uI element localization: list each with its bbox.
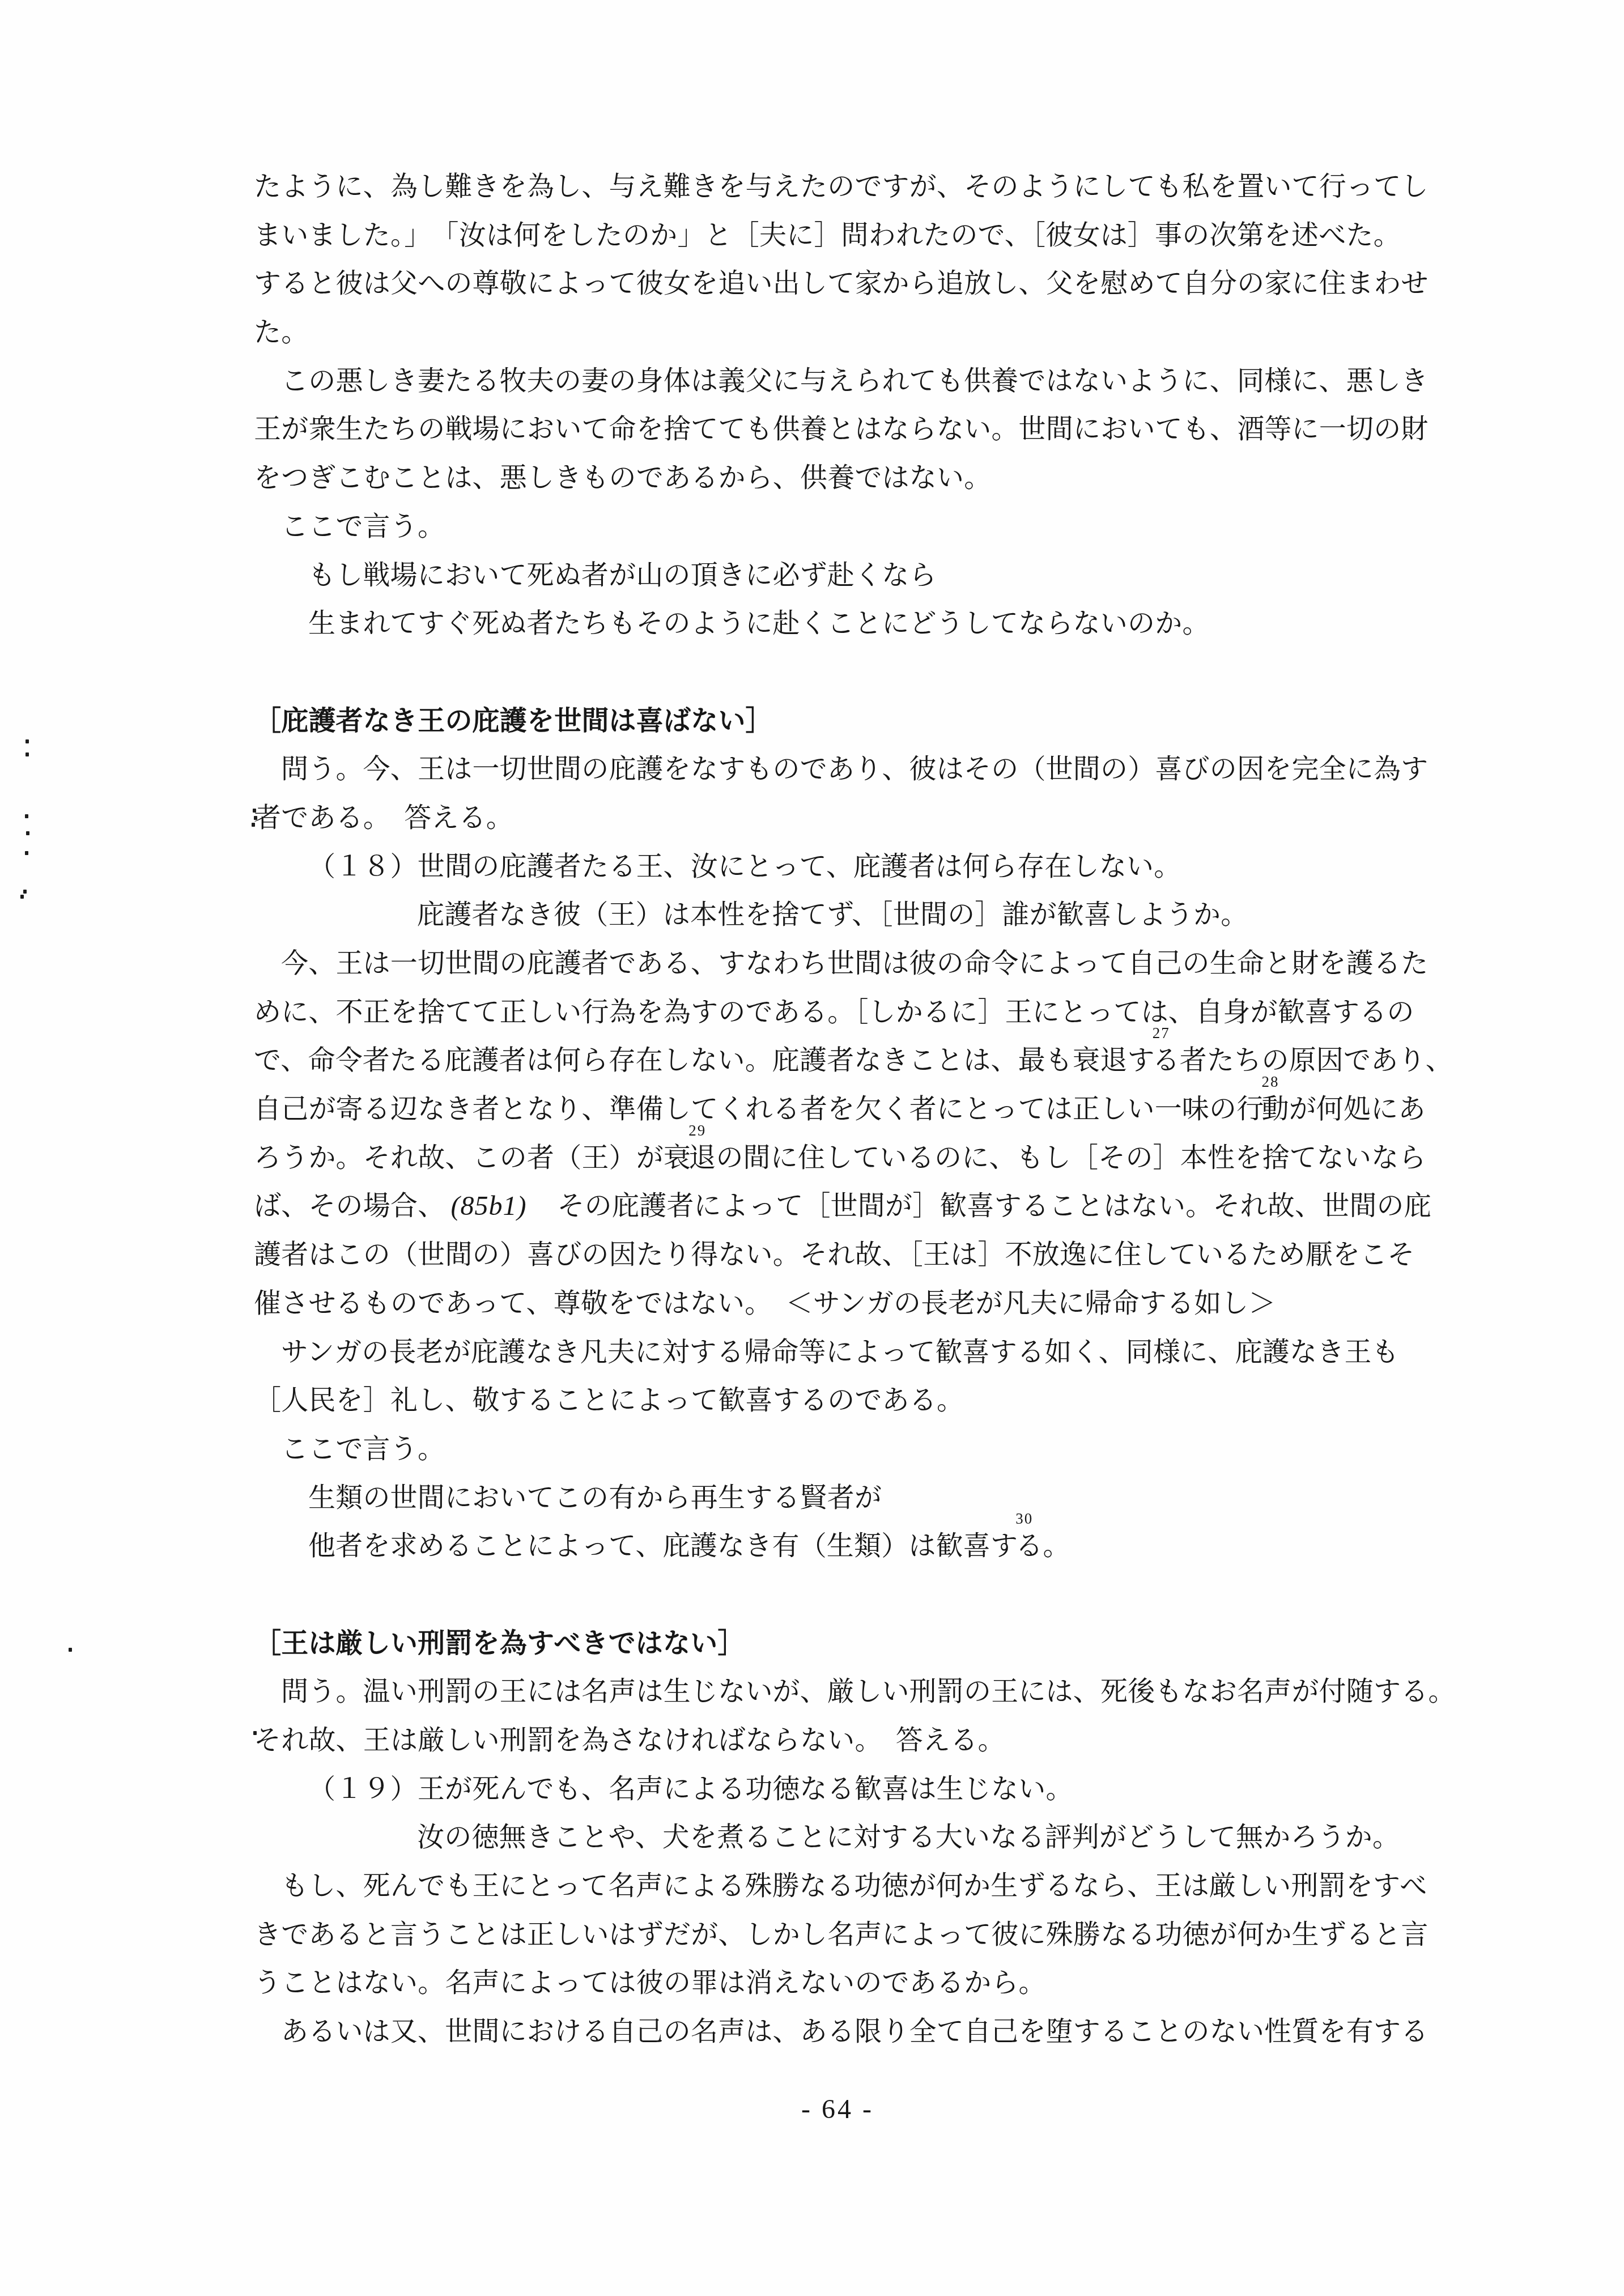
text-run: 他者を求めることによって、庇護なき有（生類）は歓喜す xyxy=(308,1531,1018,1561)
text-line: ここで言う。 xyxy=(254,1425,1455,1474)
text-line: 自己が寄る辺なき者となり、準備してくれる者を欠く者にとっては正しい一味の行28動… xyxy=(254,1085,1455,1134)
text-run: 生類の世間においてこの有から再生する賢者が xyxy=(308,1483,882,1513)
text-run: 庇護者なき彼（王）は本性を捨てず、［世間の］誰が歓喜しようか。 xyxy=(417,900,1248,930)
text-run: （１９）王が死んでも、名声による功徳なる歓喜は生じない。 xyxy=(308,1774,1073,1804)
text-line: ここで言う。 xyxy=(254,503,1455,551)
text-run: もし、死んでも王にとって名声による殊勝なる功徳が何か生ずるなら、王は厳しい刑罰を… xyxy=(281,1871,1427,1901)
folio-reference: (85b1) xyxy=(445,1191,530,1221)
text-run: 護者はこの（世間の）喜びの因たり得ない。それ故、［王は］不放逸に住しているため厭… xyxy=(254,1240,1415,1270)
scan-speck xyxy=(254,816,257,820)
text-line: すると彼は父への尊敬によって彼女を追い出して家から追放し、父を慰めて自分の家に住… xyxy=(254,260,1455,308)
text-block: たように、為し難きを為し、与え難きを与えたのですが、そのようにしても私を置いて行… xyxy=(254,163,1455,2056)
text-run: をつぎこむことは、悪しきものであるから、供養ではない。 xyxy=(254,463,991,493)
text-line: たように、為し難きを為し、与え難きを与えたのですが、そのようにしても私を置いて行… xyxy=(254,163,1455,211)
scan-speck xyxy=(69,1648,72,1652)
text-line: うことはない。名声によっては彼の罪は消えないのであるから。 xyxy=(254,1959,1455,2008)
text-run: 問う。今、王は一切世間の庇護をなすものであり、彼はその（世間の）喜びの因を完全に… xyxy=(281,754,1428,784)
scan-speck xyxy=(253,809,256,813)
text-run: 問う。温い刑罰の王には名声は生じないが、厳しい刑罰の王には、死後もなお名声が付随… xyxy=(281,1677,1456,1707)
text-run: 者である。 答える。 xyxy=(254,803,513,833)
scan-speck xyxy=(23,890,27,894)
text-line: 問う。今、王は一切世間の庇護をなすものであり、彼はその（世間の）喜びの因を完全に… xyxy=(254,745,1455,794)
text-line: 汝の徳無きことや、犬を煮ることに対する大いなる評判がどうして無かろうか。 xyxy=(254,1813,1455,1862)
scan-speck xyxy=(20,895,24,899)
text-run: た。 xyxy=(254,317,308,347)
text-run: きであると言うことは正しいはずだが、しかし名声によって彼に殊勝なる功徳が何か生ず… xyxy=(254,1920,1429,1950)
text-line: もし、死んでも王にとって名声による殊勝なる功徳が何か生ずるなら、王は厳しい刑罰を… xyxy=(254,1862,1455,1911)
scan-speck xyxy=(25,851,28,855)
text-line: 他者を求めることによって、庇護なき有（生類）は歓喜す30る。 xyxy=(254,1522,1455,1571)
scan-speck xyxy=(253,1731,257,1735)
page: たように、為し難きを為し、与え難きを与えたのですが、そのようにしても私を置いて行… xyxy=(0,0,1624,2296)
text-run: ろうか。それ故、この者（王）が衰 xyxy=(254,1143,691,1173)
text-line: た。 xyxy=(254,308,1455,357)
text-run: る者たちの原因であり、 xyxy=(1153,1045,1453,1075)
text-line: 生まれてすぐ死ぬ者たちもそのように赴くことにどうしてならないのか。 xyxy=(254,599,1455,648)
text-line: あるいは又、世間における自己の名声は、ある限り全て自己を堕することのない性質を有… xyxy=(254,2008,1455,2056)
text-run: 汝の徳無きことや、犬を煮ることに対する大いなる評判がどうして無かろうか。 xyxy=(417,1822,1400,1852)
text-run: ここで言う。 xyxy=(281,1434,445,1464)
text-line: ろうか。それ故、この者（王）が衰29退の間に住しているのに、もし［その］本性を捨… xyxy=(254,1134,1455,1183)
section-heading: ［庇護者なき王の庇護を世間は喜ばない］ xyxy=(254,697,1455,746)
text-line: めに、不正を捨てて正しい行為を為すのである。［しかるに］王にとっては、自身が歓喜… xyxy=(254,988,1455,1037)
text-line: もし戦場において死ぬ者が山の頂きに必ず赴くなら xyxy=(254,551,1455,600)
text-line: をつぎこむことは、悪しきものであるから、供養ではない。 xyxy=(254,454,1455,503)
text-run: （１８）世間の庇護者たる王、汝にとって、庇護者は何ら存在しない。 xyxy=(308,852,1181,882)
text-line: ［人民を］礼し、敬することによって歓喜するのである。 xyxy=(254,1376,1455,1425)
text-run: 今、王は一切世間の庇護者である、すなわち世間は彼の命令によって自己の生命と財を護… xyxy=(281,949,1428,979)
text-line: 生類の世間においてこの有から再生する賢者が xyxy=(254,1474,1455,1523)
text-run: この悪しき妻たる牧夫の妻の身体は義父に与えられても供養ではないように、同様に、悪… xyxy=(281,366,1428,396)
page-number: - 64 - xyxy=(51,2094,1624,2125)
text-line: それ故、王は厳しい刑罰を為さなければならない。 答える。 xyxy=(254,1716,1455,1765)
text-line: 者である。 答える。 xyxy=(254,794,1455,843)
text-line: この悪しき妻たる牧夫の妻の身体は義父に与えられても供養ではないように、同様に、悪… xyxy=(254,357,1455,406)
text-run: 王が衆生たちの戦場において命を捨てても供養とはならない。世間においても、酒等に一… xyxy=(254,414,1429,444)
text-run: ここで言う。 xyxy=(281,512,445,542)
text-run: 動が何処にあ xyxy=(1261,1094,1425,1124)
text-line: 今、王は一切世間の庇護者である、すなわち世間は彼の命令によって自己の生命と財を護… xyxy=(254,939,1455,988)
text-run: 退の間に住しているのに、もし［その］本性を捨てないなら xyxy=(688,1143,1426,1173)
text-run: る。 xyxy=(1015,1531,1070,1561)
text-line: （１９）王が死んでも、名声による功徳なる歓喜は生じない。 xyxy=(254,1765,1455,1814)
text-run: ば、その場合、 xyxy=(254,1191,445,1221)
section-heading: ［王は厳しい刑罰を為すべきではない］ xyxy=(254,1619,1455,1668)
text-line: ば、その場合、(85b1) その庇護者によって［世間が］歓喜することはない。それ… xyxy=(254,1182,1455,1231)
text-run: 自己が寄る辺なき者となり、準備してくれる者を欠く者にとっては正しい一味の行 xyxy=(254,1094,1264,1124)
text-run: 催させるものであって、尊敬をではない。 ＜サンガの長老が凡夫に帰命する如し＞ xyxy=(254,1289,1276,1319)
scan-speck xyxy=(252,823,255,827)
text-run: その庇護者によって［世間が］歓喜することはない。それ故、世間の庇 xyxy=(530,1191,1431,1221)
text-line: きであると言うことは正しいはずだが、しかし名声によって彼に殊勝なる功徳が何か生ず… xyxy=(254,1911,1455,1959)
scan-speck xyxy=(25,814,28,818)
text-line: 王が衆生たちの戦場において命を捨てても供養とはならない。世間においても、酒等に一… xyxy=(254,405,1455,454)
scan-speck xyxy=(25,739,29,743)
text-run: うことはない。名声によっては彼の罪は消えないのであるから。 xyxy=(254,1968,1046,1998)
scan-speck xyxy=(25,752,29,756)
text-run: サンガの長老が庇護なき凡夫に対する帰命等によって歓喜する如く、同様に、庇護なき王… xyxy=(281,1337,1399,1367)
text-run: で、命令者たる庇護者は何ら存在しない。庇護者なきことは、最も衰退す xyxy=(254,1045,1155,1075)
text-run: ［王は厳しい刑罰を為すべきではない］ xyxy=(254,1629,745,1659)
text-line: まいました。」 「汝は何をしたのか」と［夫に］問われたので、［彼女は］事の次第を… xyxy=(254,211,1455,260)
text-run: あるいは又、世間における自己の名声は、ある限り全て自己を堕することのない性質を有… xyxy=(281,2017,1428,2047)
text-line: 催させるものであって、尊敬をではない。 ＜サンガの長老が凡夫に帰命する如し＞ xyxy=(254,1279,1455,1328)
scan-speck xyxy=(26,831,29,835)
text-run: それ故、王は厳しい刑罰を為さなければならない。 答える。 xyxy=(254,1725,1005,1755)
text-line: サンガの長老が庇護なき凡夫に対する帰命等によって歓喜する如く、同様に、庇護なき王… xyxy=(254,1328,1455,1377)
text-line: 問う。温い刑罰の王には名声は生じないが、厳しい刑罰の王には、死後もなお名声が付随… xyxy=(254,1668,1455,1716)
text-run: ［人民を］礼し、敬することによって歓喜するのである。 xyxy=(254,1385,964,1415)
text-run: ［庇護者なき王の庇護を世間は喜ばない］ xyxy=(254,706,773,736)
text-run: すると彼は父への尊敬によって彼女を追い出して家から追放し、父を慰めて自分の家に住… xyxy=(254,269,1429,299)
text-run: たように、為し難きを為し、与え難きを与えたのですが、そのようにしても私を置いて行… xyxy=(254,172,1429,202)
text-run: めに、不正を捨てて正しい行為を為すのである。［しかるに］王にとっては、自身が歓喜… xyxy=(254,997,1414,1027)
text-line: （１８）世間の庇護者たる王、汝にとって、庇護者は何ら存在しない。 xyxy=(254,843,1455,891)
text-run: まいました。」 「汝は何をしたのか」と［夫に］問われたので、［彼女は］事の次第を… xyxy=(254,220,1401,250)
text-run: もし戦場において死ぬ者が山の頂きに必ず赴くなら xyxy=(308,560,937,590)
text-run: 生まれてすぐ死ぬ者たちもそのように赴くことにどうしてならないのか。 xyxy=(308,609,1210,639)
text-line: 護者はこの（世間の）喜びの因たり得ない。それ故、［王は］不放逸に住しているため厭… xyxy=(254,1231,1455,1279)
text-line: 庇護者なき彼（王）は本性を捨てず、［世間の］誰が歓喜しようか。 xyxy=(254,891,1455,939)
